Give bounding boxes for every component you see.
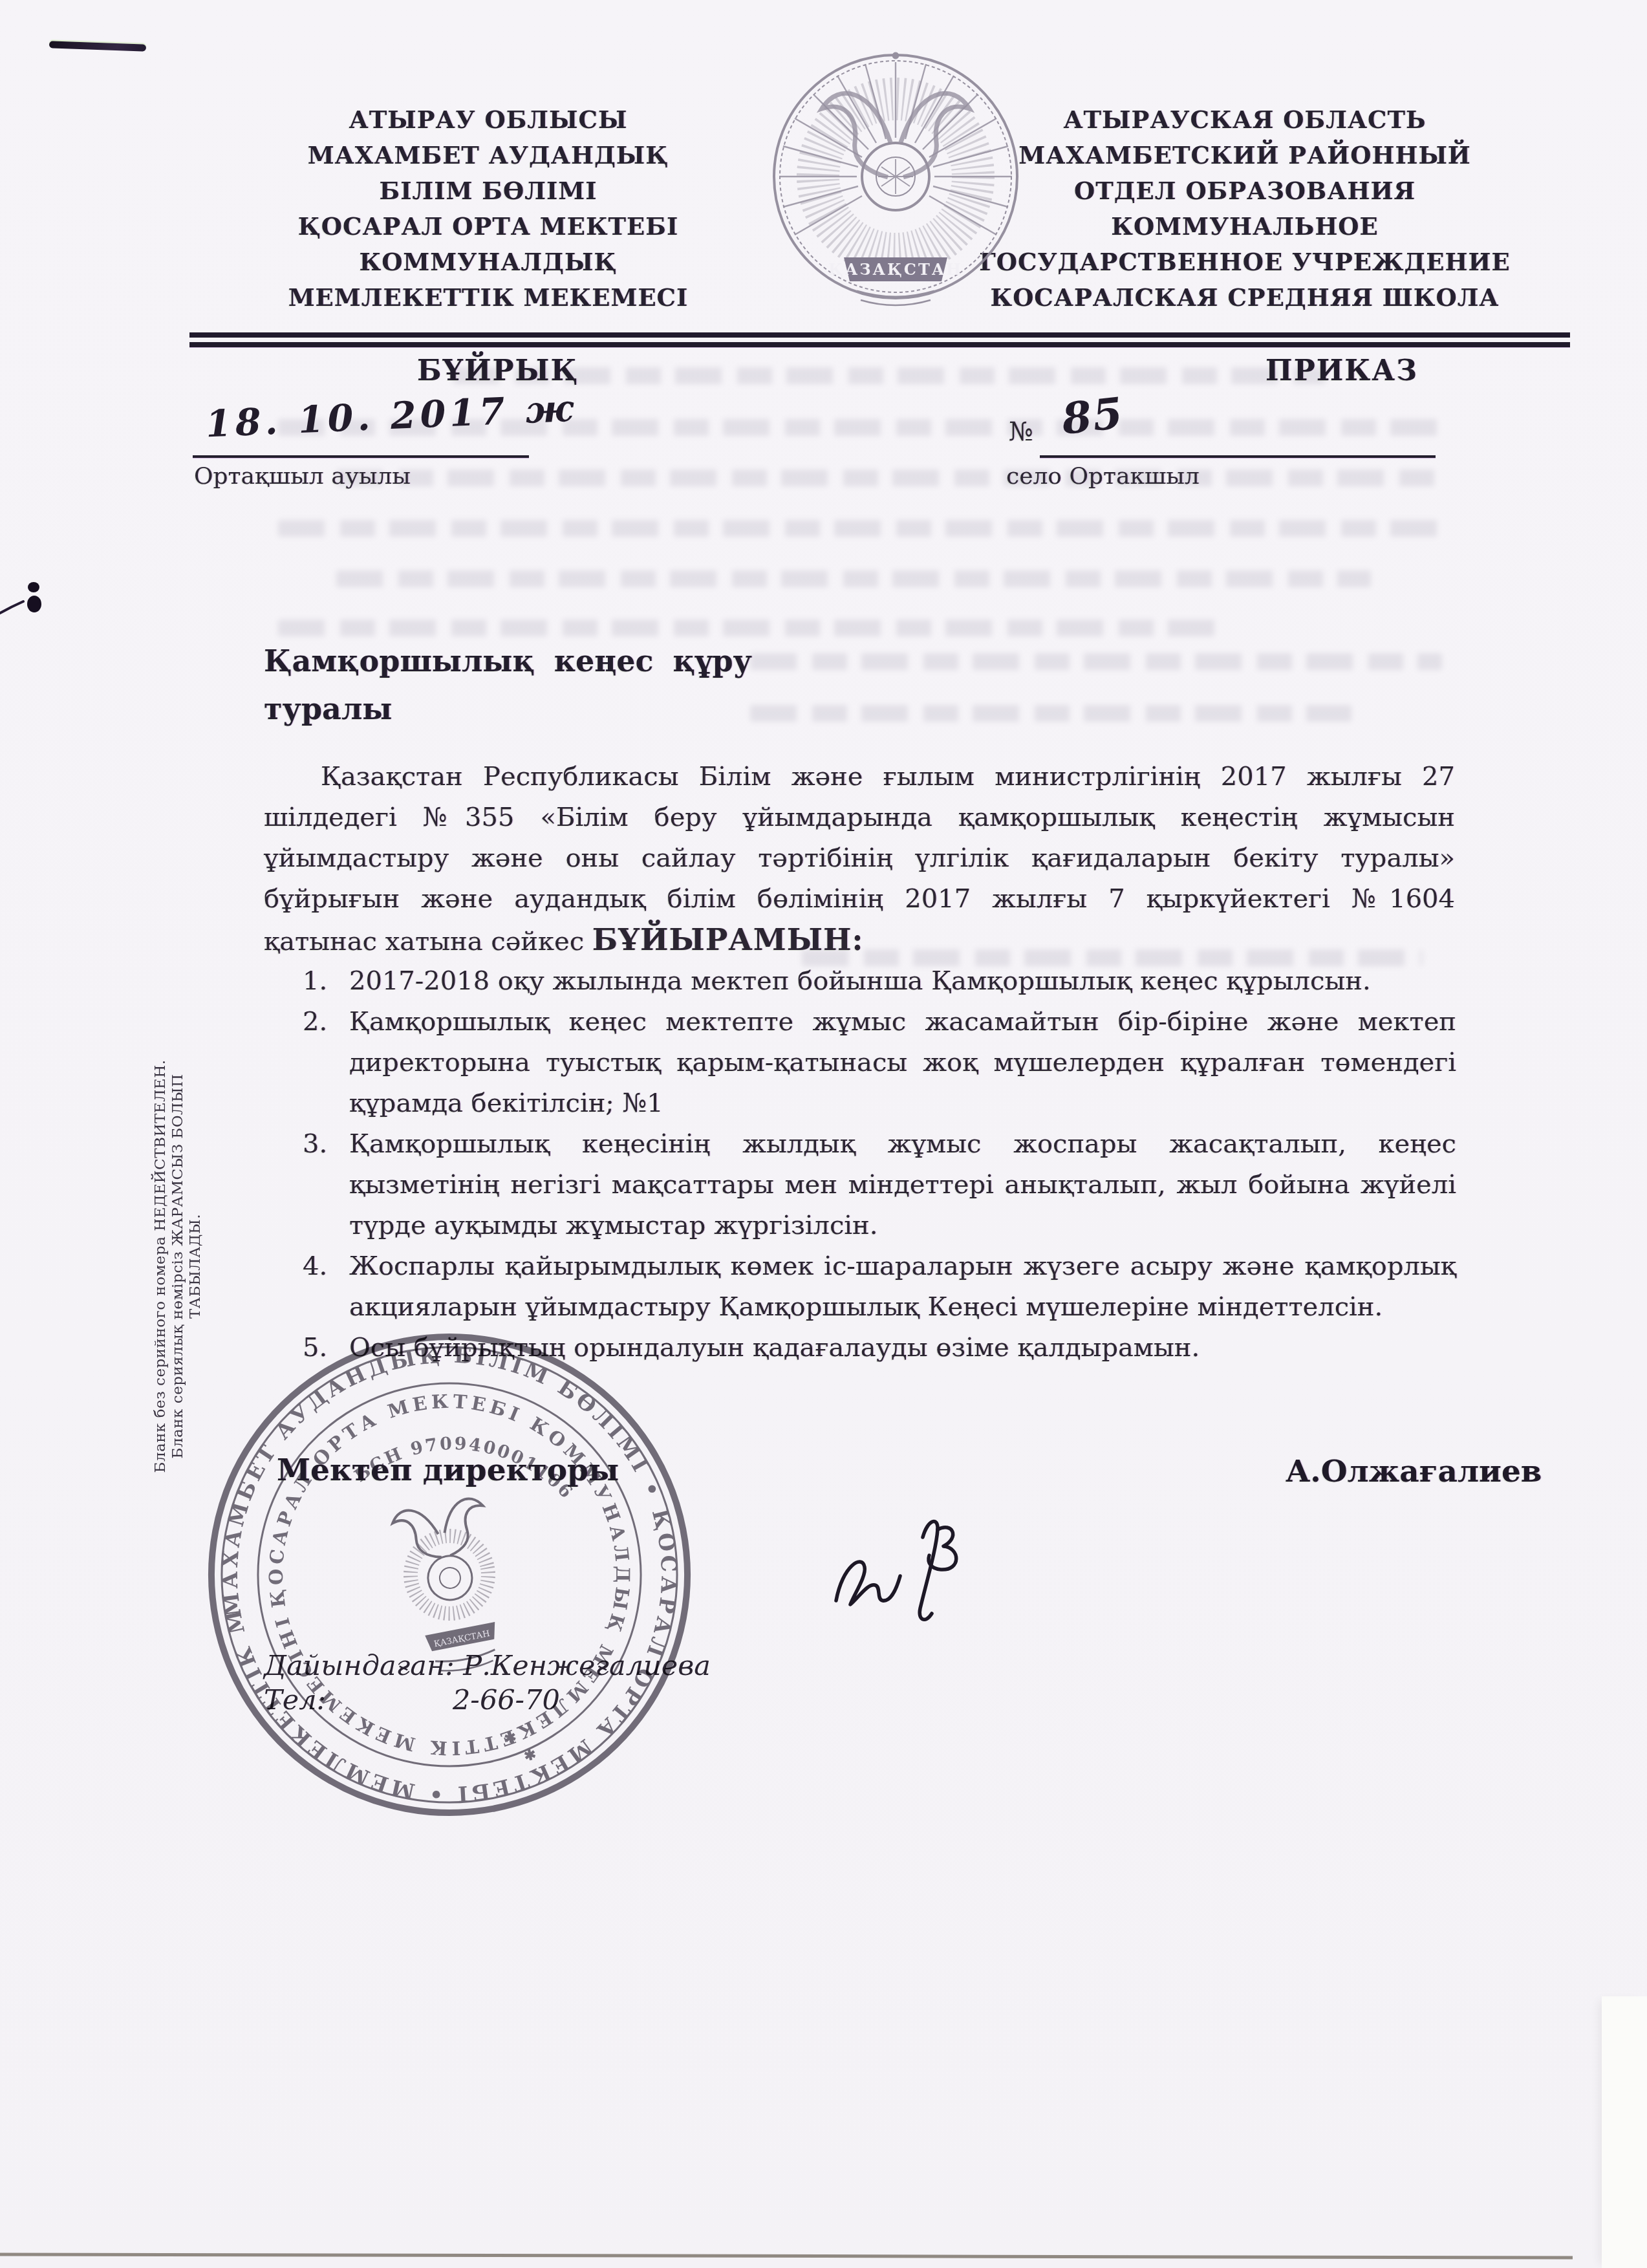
- item-line: 2017-2018 оқу жылында мектеп бойынша Қам…: [349, 961, 1456, 1002]
- order-preamble: Қазақстан Республикасы Білім және ғылым …: [264, 757, 1455, 962]
- item-number: 1.: [303, 961, 349, 1002]
- official-round-stamp: МАХАМБЕТ АУДАНДЫҚ БІЛІМ БӨЛІМІ • ҚОСАРАЛ…: [194, 1319, 705, 1830]
- page-edge-shadow: [0, 2252, 1573, 2259]
- preamble-tail: қатынас хатына сәйкес: [264, 927, 592, 956]
- item-line: қызметінің негізгі мақсаттары мен міндет…: [349, 1165, 1456, 1205]
- handwritten-order-number: 85: [1059, 387, 1126, 444]
- subject-line: туралы: [264, 685, 820, 733]
- letterhead-line: ОТДЕЛ ОБРАЗОВАНИЯ: [934, 173, 1555, 209]
- letterhead-line: МАХАМБЕТ АУДАНДЫҚ: [226, 138, 750, 173]
- item-line: түрде ауқымды жұмыстар жүргізілсін.: [349, 1205, 1456, 1246]
- item-number: 4.: [303, 1246, 349, 1328]
- scanner-lid-strip: [1602, 1996, 1647, 2268]
- letterhead-line: ГОСУДАРСТВЕННОЕ УЧРЕЖДЕНИЕ: [934, 244, 1555, 280]
- preamble-last-line: қатынас хатына сәйкес БҰЙЫРАМЫН:: [264, 920, 1455, 962]
- blank-validity-note: Бланк без серийного номера НЕДЕЙСТВИТЕЛЕ…: [152, 1031, 188, 1501]
- item-line: Қамқоршылық кеңес мектепте жұмыс жасамай…: [349, 1002, 1456, 1042]
- order-subject: Қамқоршылық кеңес құру туралы: [264, 637, 820, 733]
- header-double-rule: [189, 332, 1570, 347]
- letterhead-line: КОММУНАЛЬНОЕ: [934, 209, 1555, 244]
- signatory-name: А.Олжағалиев: [1286, 1454, 1542, 1489]
- number-underline: [1040, 455, 1436, 458]
- signatory-position: Мектеп директоры: [277, 1453, 619, 1488]
- bleedthrough-line: [750, 653, 1442, 670]
- order-title-kk: БҰЙРЫҚ: [239, 354, 757, 387]
- item-number: 3.: [303, 1124, 349, 1246]
- preamble-line: бұйрығын және аудандық білім бөлімінің 2…: [264, 879, 1455, 920]
- order-title-ru: ПРИКАЗ: [1099, 354, 1584, 387]
- letterhead-russian: АТЫРАУСКАЯ ОБЛАСТЬ МАХАМБЕТСКИЙ РАЙОННЫЙ…: [934, 102, 1555, 316]
- list-item: 2. Қамқоршылық кеңес мектепте жұмыс жаса…: [303, 1002, 1456, 1124]
- directives-list: 1. 2017-2018 оқу жылында мектеп бойынша …: [303, 961, 1456, 1368]
- subject-line: Қамқоршылық кеңес құру: [264, 637, 820, 685]
- stamp-asterisk: ✱: [522, 1746, 537, 1765]
- preamble-line: шілдедегі №355 «Білім беру ұйымдарында қ…: [264, 797, 1455, 838]
- place-russian: село Ортакшыл: [1006, 463, 1200, 490]
- director-signature: [824, 1504, 980, 1639]
- letterhead-line: КОММУНАЛДЫҚ: [226, 244, 750, 280]
- list-item: 4. Жоспарлы қайырымдылық көмек іс-шарала…: [303, 1246, 1456, 1328]
- letterhead-line: ҚОСАРАЛ ОРТА МЕКТЕБІ: [226, 209, 750, 244]
- validity-note-ru: Бланк без серийного номера НЕДЕЙСТВИТЕЛЕ…: [152, 1031, 169, 1501]
- letterhead-line: АТЫРАУСКАЯ ОБЛАСТЬ: [934, 102, 1555, 138]
- bleedthrough-line: [278, 520, 1448, 537]
- item-line: директорына туыстық қарым-қатынасы жоқ м…: [349, 1042, 1456, 1083]
- letterhead-line: АТЫРАУ ОБЛЫСЫ: [226, 102, 750, 138]
- decree-word: БҰЙЫРАМЫН:: [592, 922, 864, 957]
- letterhead-kazakh: АТЫРАУ ОБЛЫСЫ МАХАМБЕТ АУДАНДЫҚ БІЛІМ БӨ…: [226, 102, 750, 316]
- order-number-label: №: [1009, 417, 1033, 447]
- pen-scan-mark: [49, 41, 146, 51]
- scanned-order-document: АТЫРАУ ОБЛЫСЫ МАХАМБЕТ АУДАНДЫҚ БІЛІМ БӨ…: [0, 0, 1647, 2268]
- place-kazakh: Ортақшыл ауылы: [194, 463, 411, 490]
- preamble-line: ұйымдастыру және оны сайлау тәртібінің ү…: [264, 838, 1455, 879]
- preamble-line: Қазақстан Республикасы Білім және ғылым …: [264, 757, 1455, 797]
- bleedthrough-line: [750, 705, 1351, 722]
- item-number: 2.: [303, 1002, 349, 1124]
- emblem-caption: ҚАЗАҚСТАН: [828, 260, 963, 279]
- item-line: Жоспарлы қайырымдылық көмек іс-шараларын…: [349, 1246, 1456, 1287]
- letterhead-line: БІЛІМ БӨЛІМІ: [226, 173, 750, 209]
- letterhead-line: МАХАМБЕТСКИЙ РАЙОННЫЙ: [934, 138, 1555, 173]
- item-line: құрамда бекітілсін; №1: [349, 1083, 1456, 1124]
- list-item: 1. 2017-2018 оқу жылында мектеп бойынша …: [303, 961, 1456, 1002]
- bleedthrough-line: [336, 470, 1436, 486]
- bleedthrough-line: [278, 620, 1216, 636]
- bleedthrough-line: [336, 570, 1371, 587]
- ink-blot-mark: [0, 573, 52, 625]
- letterhead-line: МЕМЛЕКЕТТІК МЕКЕМЕСІ: [226, 280, 750, 316]
- date-underline: [193, 455, 529, 458]
- item-line: Қамқоршылық кеңесінің жылдық жұмыс жоспа…: [349, 1124, 1456, 1165]
- list-item: 3. Қамқоршылық кеңесінің жылдық жұмыс жо…: [303, 1124, 1456, 1246]
- handwritten-date: 18. 10. 2017 ж: [205, 386, 578, 446]
- kazakhstan-emblem-icon: ҚАЗАҚСТАН: [766, 44, 1025, 316]
- letterhead-line: КОСАРАЛСКАЯ СРЕДНЯЯ ШКОЛА: [934, 280, 1555, 316]
